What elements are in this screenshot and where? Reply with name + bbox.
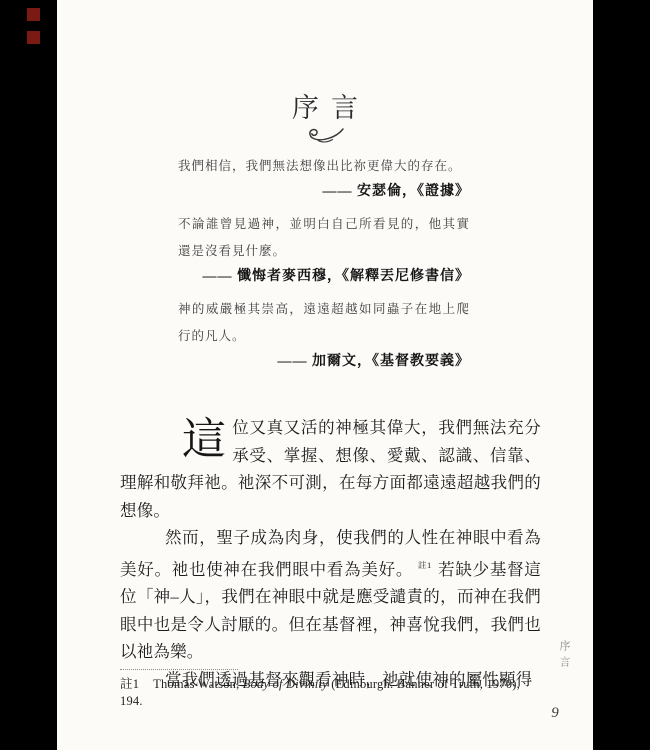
scan-border-right (593, 0, 650, 750)
corner-mark-top (27, 8, 40, 21)
epigraph-attribution: —— 加爾文，《基督教要義》 (178, 352, 470, 372)
corner-mark-bottom (27, 31, 40, 44)
paragraph-2: 然而，聖子成為肉身，使我們的人性在神眼中看為美好。祂也使神在我們眼中看為美好。 … (120, 524, 541, 666)
margin-chapter-label: 序言 (556, 640, 572, 672)
dropcap: 這 (182, 417, 226, 469)
page-number: 9 (543, 705, 567, 722)
floral-flourish-icon (305, 131, 345, 148)
epigraph-list: 我們相信，我們無法想像出比祢更偉大的存在。 —— 安瑟倫，《證據》 不論誰曾見過… (178, 153, 470, 381)
scan-border-left (0, 0, 57, 750)
paragraph-1: 這 位又真又活的神極其偉大，我們無法充分承受、掌握、想像、愛戴、認識、信靠、理解… (120, 414, 541, 524)
epigraph-quote: 不論誰曾見過神，並明白自己所看見的，他其實還是沒看見什麼。 (178, 211, 470, 265)
page-title: 序言 (57, 86, 593, 125)
title-ornament (57, 127, 593, 149)
footnote: 註1Thomas Watson, Body of Divinity (Edinb… (120, 676, 541, 710)
epigraph-attribution: —— 懺悔者麥西穆，《解釋丟尼修書信》 (178, 267, 470, 287)
footnote-ref: 註1 (418, 560, 431, 570)
footnote-divider (120, 669, 238, 670)
book-page: 序言 我們相信，我們無法想像出比祢更偉大的存在。 —— 安瑟倫，《證據》 不論誰… (57, 0, 593, 750)
body-text: 這 位又真又活的神極其偉大，我們無法充分承受、掌握、想像、愛戴、認識、信靠、理解… (120, 414, 541, 693)
footnote-text: Thomas Watson, (153, 677, 243, 691)
epigraph-quote: 神的威嚴極其崇高，遠遠超越如同蟲子在地上爬行的凡人。 (178, 296, 470, 350)
epigraph-quote: 我們相信，我們無法想像出比祢更偉大的存在。 (178, 153, 470, 180)
footnote-label: 註1 (120, 677, 139, 691)
footnote-title-italic: Body of Divinity (243, 677, 328, 691)
epigraph-attribution: —— 安瑟倫，《證據》 (178, 182, 470, 202)
